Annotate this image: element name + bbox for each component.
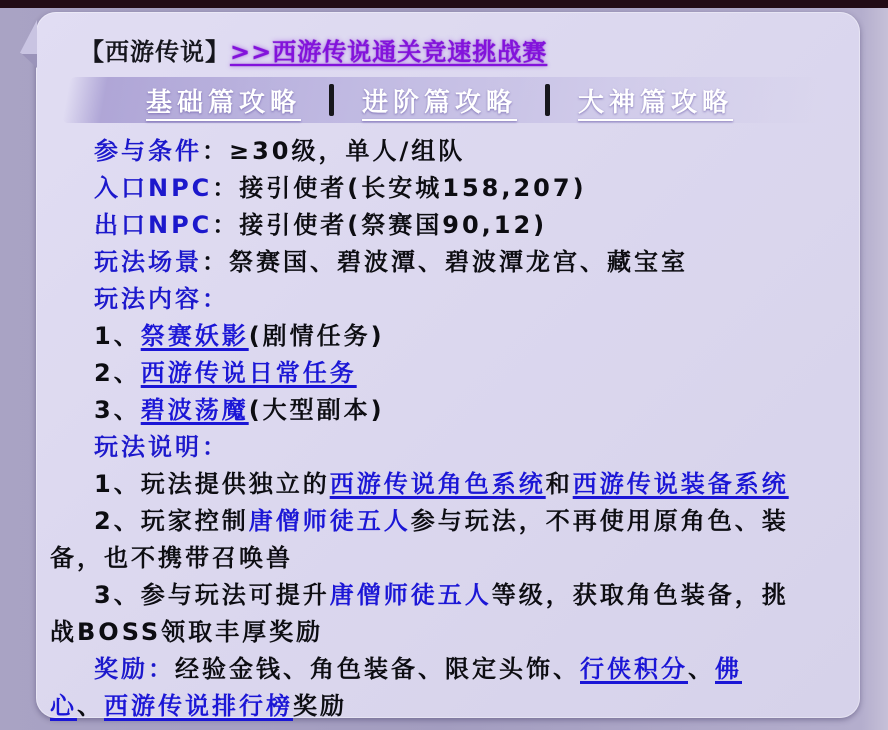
content-link[interactable]: 碧波荡魔 (141, 396, 249, 424)
paragraph: 3、参与玩法可提升唐僧师徒五人等级，获取角色装备，挑战BOSS领取丰厚奖励 (50, 577, 795, 651)
paragraph: 玩法说明： (50, 429, 795, 466)
guide-panel: 【西游传说】>>西游传说通关竞速挑战赛 基础篇攻略进阶篇攻略大神篇攻略 参与条件… (36, 12, 860, 718)
field-label: 入口NPC (94, 174, 212, 202)
title-row: 【西游传说】>>西游传说通关竞速挑战赛 (36, 12, 860, 67)
paragraph: 入口NPC：接引使者(长安城158,207) (50, 170, 795, 207)
paragraph: 2、玩家控制唐僧师徒五人参与玩法，不再使用原角色、装备，也不携带召唤兽 (50, 503, 795, 577)
body-text: ：接引使者(长安城158,207) (212, 174, 586, 202)
body-text: 和 (546, 470, 573, 498)
body-text: (大型副本) (249, 396, 385, 424)
nav-band: 基础篇攻略进阶篇攻略大神篇攻略 (66, 77, 828, 123)
paragraph: 3、碧波荡魔(大型副本) (50, 392, 795, 429)
body-text: 2、玩家控制 (94, 507, 249, 535)
guide-content: 参与条件：≥30级，单人/组队入口NPC：接引使者(长安城158,207)出口N… (36, 133, 860, 725)
content-link[interactable]: 西游传说排行榜 (104, 692, 293, 720)
field-label: 玩法内容： (94, 285, 229, 313)
field-label: 玩法场景 (94, 248, 202, 276)
title-link[interactable]: >>西游传说通关竞速挑战赛 (230, 38, 547, 66)
body-text: 1、 (94, 322, 141, 350)
nav-link-advanced-guide[interactable]: 进阶篇攻略 (362, 82, 517, 119)
content-link[interactable]: 行侠积分 (580, 655, 688, 683)
paragraph: 参与条件：≥30级，单人/组队 (50, 133, 795, 170)
paragraph: 玩法场景：祭赛国、碧波潭、碧波潭龙宫、藏宝室 (50, 244, 795, 281)
paragraph: 玩法内容： (50, 281, 795, 318)
content-link[interactable]: 西游传说角色系统 (330, 470, 546, 498)
content-link[interactable]: 西游传说日常任务 (141, 359, 357, 387)
content-link[interactable]: 西游传说装备系统 (573, 470, 789, 498)
top-dark-bar (0, 0, 888, 8)
body-text: ：祭赛国、碧波潭、碧波潭龙宫、藏宝室 (202, 248, 688, 276)
field-label: 参与条件 (94, 137, 202, 165)
body-text: 经验金钱、角色装备、限定头饰、 (175, 655, 580, 683)
field-label: 玩法说明： (94, 433, 229, 461)
field-label: 奖励： (94, 655, 175, 683)
highlight-text: 唐僧师徒五人 (330, 581, 492, 609)
field-label: 出口NPC (94, 211, 212, 239)
body-text: (剧情任务) (249, 322, 385, 350)
body-text: 奖励 (293, 692, 347, 720)
nav-link-master-guide[interactable]: 大神篇攻略 (578, 82, 733, 119)
corner-fold-shadow (22, 54, 37, 68)
body-text: 1、玩法提供独立的 (94, 470, 330, 498)
paragraph: 奖励：经验金钱、角色装备、限定头饰、行侠积分、佛心、西游传说排行榜奖励 (50, 651, 795, 725)
body-text: ：≥30级，单人/组队 (202, 137, 465, 165)
page-title: 【西游传说】 (80, 38, 230, 66)
highlight-text: 唐僧师徒五人 (249, 507, 411, 535)
paragraph: 1、祭赛妖影(剧情任务) (50, 318, 795, 355)
body-text: 、 (688, 655, 715, 683)
body-text: 2、 (94, 359, 141, 387)
paragraph: 2、西游传说日常任务 (50, 355, 795, 392)
nav-link-basic-guide[interactable]: 基础篇攻略 (146, 82, 301, 119)
body-text: 、 (77, 692, 104, 720)
body-text: 3、参与玩法可提升 (94, 581, 330, 609)
nav-separator (329, 84, 334, 116)
paragraph: 出口NPC：接引使者(祭赛国90,12) (50, 207, 795, 244)
body-text: 3、 (94, 396, 141, 424)
body-text: ：接引使者(祭赛国90,12) (212, 211, 547, 239)
nav-separator (545, 84, 550, 116)
content-link[interactable]: 祭赛妖影 (141, 322, 249, 350)
paragraph: 1、玩法提供独立的西游传说角色系统和西游传说装备系统 (50, 466, 795, 503)
